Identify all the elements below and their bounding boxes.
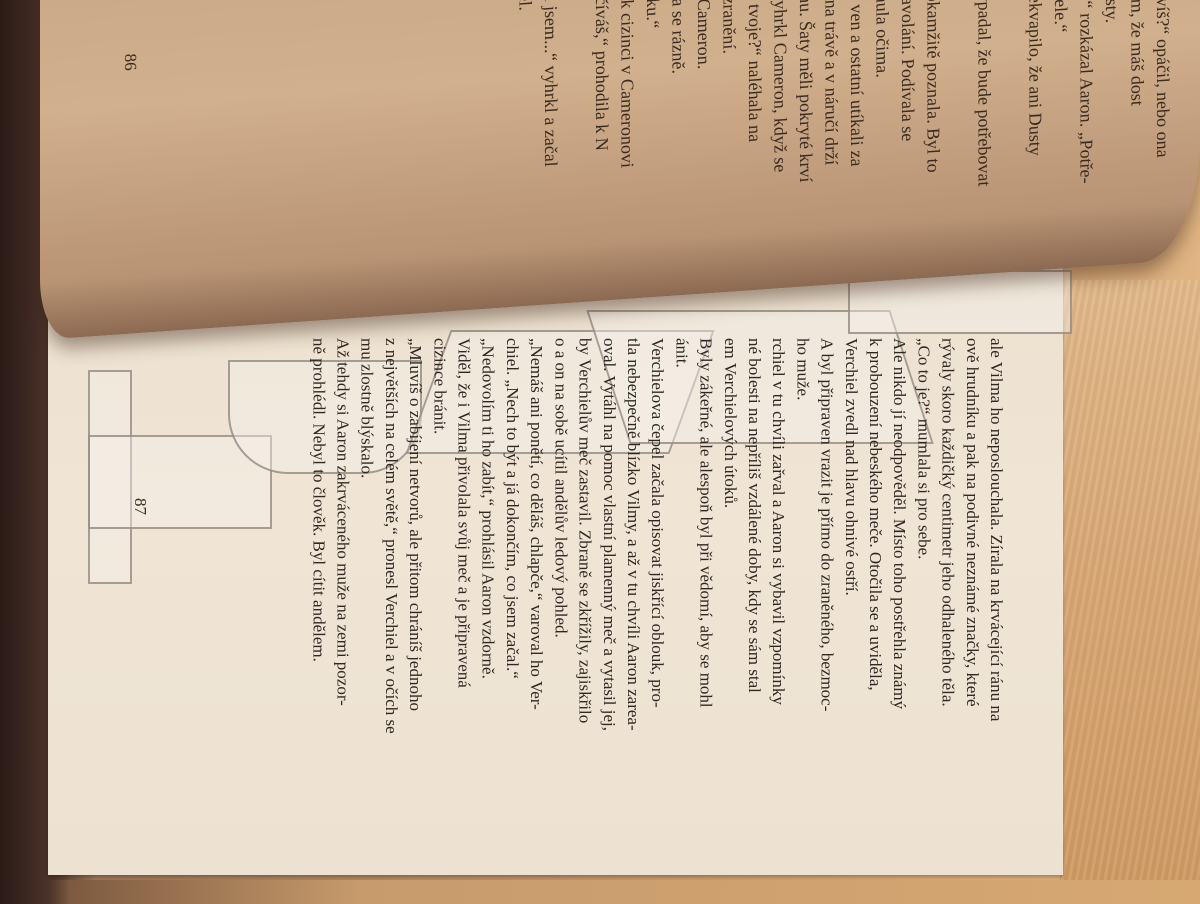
- text-line: ašili.: [563, 0, 589, 263]
- text-line: nalila zranění.: [716, 0, 742, 253]
- text-line: pořádku.“: [640, 0, 666, 258]
- text-line: Vilmu překvapilo, že ani Dusty: [1022, 0, 1048, 231]
- text-line: oval. Vytáhl na pomoc vlastní plamenný m…: [597, 338, 621, 678]
- text-line: ánit.: [669, 338, 693, 678]
- page-number-86: 86: [120, 53, 140, 71]
- text-line: ho muže.: [790, 338, 814, 678]
- text-line: ale Vilma ho neposlouchala. Zírala na kr…: [984, 338, 1008, 678]
- text-line: „Tak dost,“ rozkázal Aaron. „Potře-: [1073, 0, 1099, 228]
- text-line: tla nebezpečně blízko Vilmy, a až v tu c…: [621, 338, 645, 678]
- text-line: odsekl Dusty.: [1099, 0, 1125, 226]
- text-line: „Vím jenom, že máš dost: [1124, 0, 1150, 224]
- text-line: po dechu. Šaty měli pokryté krví: [793, 0, 819, 247]
- text-line: ěný,“ vyhrkl Cameron, když se: [767, 0, 793, 249]
- text-line: k probouzení nebeského meče. Otočila se …: [863, 338, 887, 678]
- text-line: by Verchielův meč zastavil. Zbraně se zk…: [572, 338, 596, 678]
- page-86-text: o čem mluvíš?“ opáčil, nebo ona „Vím jen…: [135, 0, 1175, 313]
- text-line: o a on na sobě ucítil andělův ledový poh…: [548, 338, 572, 678]
- text-line: odpočíváš,“ prohodila k N: [589, 0, 615, 262]
- text-line: mu zlostně blýskalo.: [355, 338, 379, 678]
- text-line: Verchielova čepel začala opisovat jiskří…: [645, 338, 669, 678]
- text-line: té krve tvoje?“ naléhala na: [742, 0, 768, 251]
- text-line: A byl připraven vrazit je přímo do zraně…: [814, 338, 838, 678]
- text-line: na hlas okamžitě poznala. Byl to: [920, 0, 946, 238]
- wooden-table: [1060, 280, 1200, 904]
- text-line: chle uhnula očima.: [869, 0, 895, 242]
- text-line: „Nemáš ani ponětí, co děláš, chlapče,“ v…: [524, 338, 548, 678]
- text-line: Byly zákeřné, ale alespoň byl při vědomí…: [693, 338, 717, 678]
- text-line: o čem mluvíš?“ opáčil, nebo ona: [1150, 0, 1176, 222]
- text-line: oleino zavolání. Podívala se: [895, 0, 921, 240]
- page-87-text: ale Vilma ho neposlouchala. Zírala na kr…: [158, 338, 1008, 698]
- text-line: zal se Cameron.: [691, 0, 717, 255]
- book-page-87: ale Vilma ho neposlouchala. Zírala na kr…: [48, 250, 1063, 875]
- text-line: Až tehdy si Aaron zakrváceného muže na z…: [330, 338, 354, 678]
- text-line: zeptala se rázně.: [665, 0, 691, 256]
- text-line: ak sedí na trávě a v náručí drží: [818, 0, 844, 246]
- text-line: cizince bránit.: [427, 338, 451, 678]
- text-line: ně prohlédl. Nebyl to člověk. Byl cítit …: [306, 338, 330, 678]
- text-line: Verchiel zvedl nad hlavu ohnivé ostří.: [839, 338, 863, 678]
- text-line: rnost k cizinci v Cameronovi: [614, 0, 640, 260]
- page-number-87: 87: [130, 498, 150, 515]
- text-line: „Co to je?“ mumlala si pro sebe.: [911, 338, 935, 678]
- text-line: z největších na celém světě,“ pronesl Ve…: [379, 338, 403, 678]
- text-line: Ale nikdo jí neodpověděl. Místo toho pos…: [887, 338, 911, 678]
- text-line: Aaron vypadal, že bude potřebovat: [971, 0, 997, 235]
- text-line: em Verchielových útoků.: [718, 338, 742, 678]
- text-line: pro nepřítele.“: [1048, 0, 1074, 230]
- text-line: rývaly skoro každičký centimetr jeho odh…: [935, 338, 959, 678]
- table-edge: [0, 880, 1200, 904]
- text-line: „Nedovolím ti ho zabít,“ prohlásil Aaron…: [476, 338, 500, 678]
- text-line: né bolesti na nepříliš vzdálené doby, kd…: [742, 338, 766, 678]
- text-line: „Mluvíš o zabíjení netvorů, ale přitom c…: [403, 338, 427, 678]
- text-line: mohl jsem...“ vyhrkl a začal: [538, 0, 564, 265]
- text-line: rchiel v tu chvíli zařval a Aaron si vyb…: [766, 338, 790, 678]
- text-line: Viděl, že i Vilma přivolala svůj meč a j…: [451, 338, 475, 678]
- text-line: vendi.: [946, 0, 972, 237]
- text-line: vyběhla ven a ostatní utíkali za: [844, 0, 870, 244]
- text-line: ekli.: [997, 0, 1023, 233]
- text-line: chiel. „Nech to být a já dokončím, co js…: [500, 338, 524, 678]
- text-line: přišel.: [512, 0, 538, 267]
- text-line: ově hrudníku a pak na podivné neznámé zn…: [960, 338, 984, 678]
